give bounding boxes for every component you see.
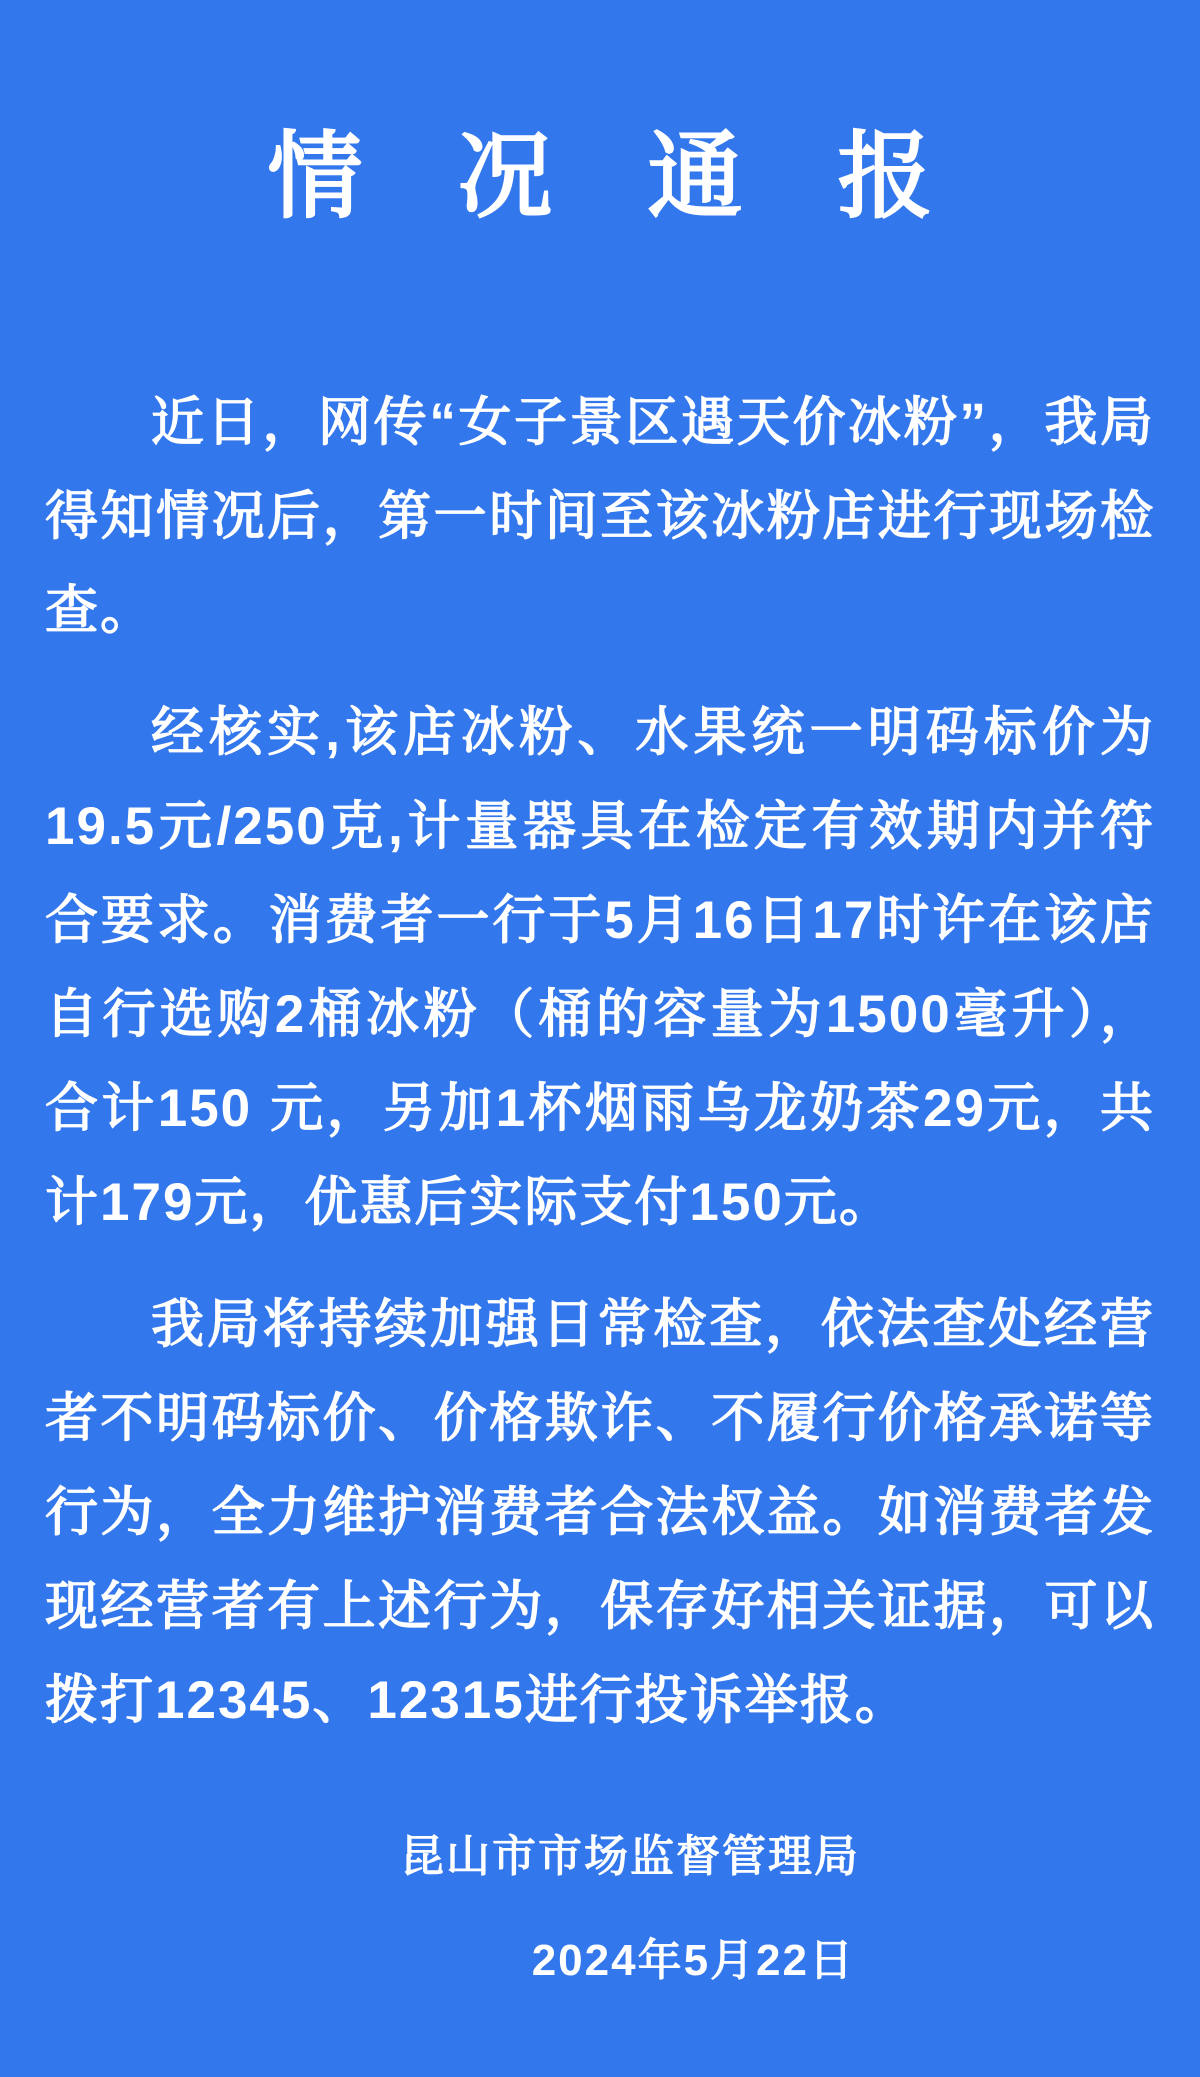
notice-paragraph-intro: 近日，网传“女子景区遇天价冰粉”，我局得知情况后，第一时间至该冰粉店进行现场检查… [45,376,1155,658]
notice-title: 情 况 通 报 [0,0,1200,234]
notice-page: 情 况 通 报 近日，网传“女子景区遇天价冰粉”，我局得知情况后，第一时间至该冰… [0,0,1200,2077]
notice-signature: 昆山市市场监督管理局 [45,1810,1155,1904]
notice-paragraph-measures: 我局将持续加强日常检查，依法查处经营者不明码标价、价格欺诈、不履行价格承诺等行为… [45,1278,1155,1748]
notice-paragraph-findings: 经核实,该店冰粉、水果统一明码标价为19.5元/250克,计量器具在检定有效期内… [45,686,1155,1250]
notice-date: 2024年5月22日 [45,1914,1155,2008]
notice-body: 近日，网传“女子景区遇天价冰粉”，我局得知情况后，第一时间至该冰粉店进行现场检查… [0,376,1200,2008]
